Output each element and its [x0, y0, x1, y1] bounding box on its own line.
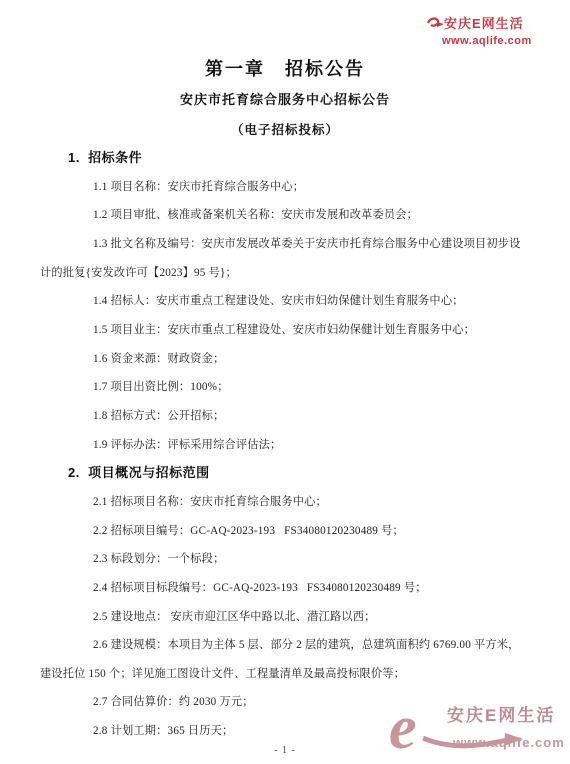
watermark-site-url: www.aqlife.com	[442, 35, 566, 47]
paragraph-2-3: 2.3 标段划分：一个标段；	[40, 545, 540, 574]
paragraph-2-1: 2.1 招标项目名称：安庆市托育综合服务中心；	[40, 488, 540, 517]
watermark-site-name: 安庆E网生活	[444, 13, 524, 32]
paragraph-2-5: 2.5 建设地点： 安庆市迎江区华中路以北、潜江路以西；	[40, 603, 540, 632]
watermark-site-name: 安庆E网生活	[447, 701, 555, 726]
paragraph-2-6: 2.6 建设规模：本项目为主体 5 层、部分 2 层的建筑，总建筑面积约 676…	[40, 631, 540, 660]
section-2-heading: 2. 项目概况与招标范围	[40, 459, 540, 488]
paragraph-2-6-continuation: 建设托位 150 个；详见施工图设计文件、工程量清单及最高投标限价等；	[40, 660, 540, 689]
paragraph-1-4: 1.4 招标人：安庆市重点工程建设处、安庆市妇幼保健计划生育服务中心；	[40, 287, 540, 316]
paragraph-1-2: 1.2 项目审批、核准或备案机关名称：安庆市发展和改革委员会；	[40, 201, 540, 230]
paragraph-1-9: 1.9 评标办法：评标采用综合评估法；	[40, 431, 540, 460]
page-number: - 1 -	[0, 745, 570, 756]
document-body: 1. 招标条件 1.1 项目名称：安庆市托育综合服务中心； 1.2 项目审批、核…	[40, 144, 540, 746]
document-subtitle: 安庆市托育综合服务中心招标公告	[0, 92, 570, 108]
paragraph-1-8: 1.8 招标方式：公开招标；	[40, 402, 540, 431]
aqlife-logo-icon	[426, 16, 444, 30]
paragraph-1-3: 1.3 批文名称及编号：安庆市发展改革委关于安庆市托育综合服务中心建设项目初步设	[40, 230, 540, 259]
section-1-heading: 1. 招标条件	[40, 144, 540, 173]
document-page: 安庆E网生活 www.aqlife.com 第一章 招标公告 安庆市托育综合服务…	[0, 0, 570, 764]
document-subtitle-note: （电子招标投标）	[0, 122, 570, 138]
paragraph-1-6: 1.6 资金来源：财政资金；	[40, 345, 540, 374]
paragraph-1-7: 1.7 项目出资比例：100%；	[40, 373, 540, 402]
paragraph-1-5: 1.5 项目业主：安庆市重点工程建设处、安庆市妇幼保健计划生育服务中心；	[40, 316, 540, 345]
paragraph-2-4: 2.4 招标项目标段编号：GC-AQ-2023-193 FS3408012023…	[40, 574, 540, 603]
watermark-top-right: 安庆E网生活 www.aqlife.com	[426, 13, 566, 47]
paragraph-1-1: 1.1 项目名称：安庆市托育综合服务中心；	[40, 173, 540, 202]
paragraph-1-3-continuation: 计的批复{安发改许可【2023】95 号}；	[40, 259, 540, 288]
paragraph-2-2: 2.2 招标项目编号：GC-AQ-2023-193 FS340801202304…	[40, 517, 540, 546]
